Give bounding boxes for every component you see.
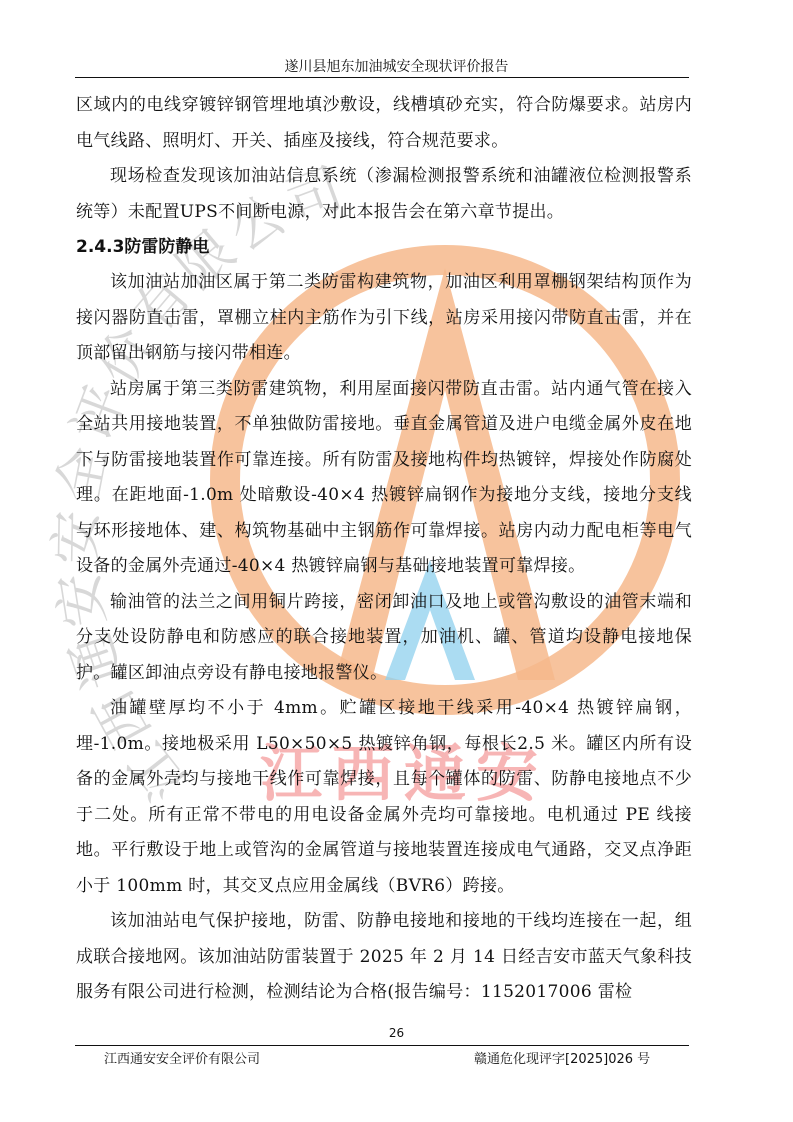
header-divider — [75, 77, 689, 78]
paragraph: 该加油站加油区属于第二类防雷构建筑物，加油区利用罩棚钢架结构顶作为接闪器防直击雷… — [76, 265, 692, 372]
section-heading: 2.4.3防雷防静电 — [76, 230, 692, 265]
paragraph: 区域内的电线穿镀锌钢管埋地填沙敷设，线槽填砂充实，符合防爆要求。站房内电气线路、… — [76, 88, 692, 159]
report-body: 区域内的电线穿镀锌钢管埋地填沙敷设，线槽填砂充实，符合防爆要求。站房内电气线路、… — [76, 88, 692, 1011]
paragraph: 输油管的法兰之间用铜片跨接，密闭卸油口及地上或管沟敷设的油管末端和分支处设防静电… — [76, 585, 692, 692]
page-number: 26 — [0, 1026, 793, 1040]
footer-divider — [75, 1045, 689, 1046]
footer-company: 江西通安安全评价有限公司 — [104, 1048, 260, 1067]
paragraph: 该加油站电气保护接地，防雷、防静电接地和接地的干线均连接在一起，组成联合接地网。… — [76, 904, 692, 1011]
report-header-title: 遂川县旭东加油城安全现状评价报告 — [0, 56, 793, 76]
paragraph: 油罐壁厚均不小于 4mm。贮罐区接地干线采用-40×4 热镀锌扁钢，埋-1.0m… — [76, 691, 692, 904]
paragraph: 现场检查发现该加油站信息系统（渗漏检测报警系统和油罐液位检测报警系统等）未配置U… — [76, 159, 692, 230]
footer-document-number: 赣通危化现评字[2025]026 号 — [474, 1048, 650, 1067]
paragraph: 站房属于第三类防雷建筑物，利用屋面接闪带防直击雷。站内通气管在接入全站共用接地装… — [76, 372, 692, 585]
document-page: 江西通安安全评价有限公司 江西通安 遂川县旭东加油城安全现状评价报告 区域内的电… — [0, 0, 793, 1122]
